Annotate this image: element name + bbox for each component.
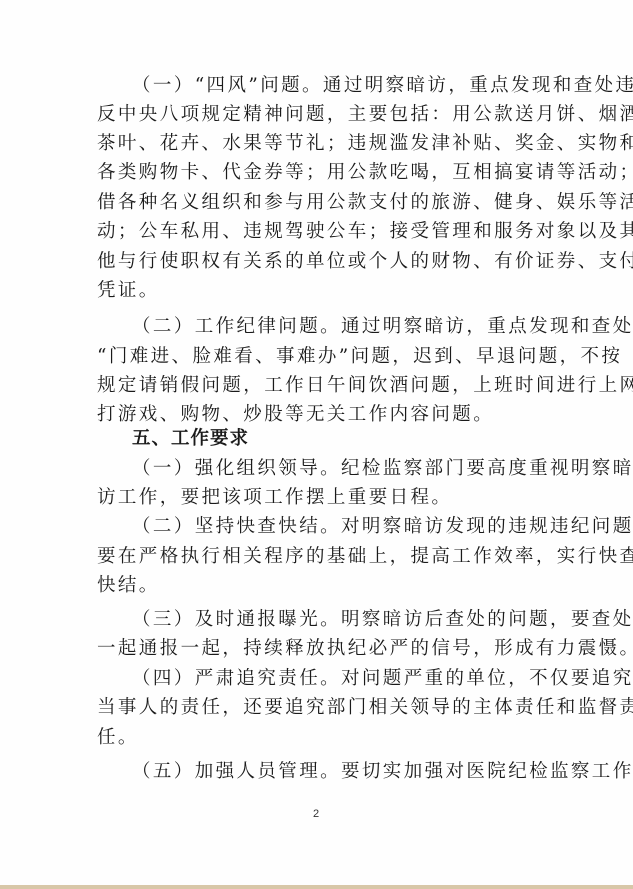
paragraph-line: “门难进、脸难看、事难办”问题，迟到、早退问题，不按 <box>97 346 542 368</box>
paragraph-line: 动；公车私用、违规驾驶公车；接受管理和服务对象以及其 <box>97 221 542 243</box>
paragraph-line: 快结。 <box>97 575 542 597</box>
paragraph-line: （三）及时通报曝光。明察暗访后查处的问题，要查处 <box>132 609 542 631</box>
paragraph-line: 借各种名义组织和参与用公款支付的旅游、健身、娱乐等活 <box>97 192 542 214</box>
paragraph-line: （一）强化组织领导。纪检监察部门要高度重视明察暗 <box>132 458 542 480</box>
paragraph-line: 打游戏、购物、炒股等无关工作内容问题。 <box>97 404 542 426</box>
paragraph-line: （一）“四风”问题。通过明察暗访，重点发现和查处违 <box>132 75 542 97</box>
paragraph-line: 访工作，要把该项工作摆上重要日程。 <box>97 487 542 509</box>
paragraph-line: 凭证。 <box>97 280 542 302</box>
paragraph-line: 茶叶、花卉、水果等节礼；违规滥发津补贴、奖金、实物和 <box>97 133 542 155</box>
paragraph-line: 他与行使职权有关系的单位或个人的财物、有价证券、支付 <box>97 251 542 273</box>
section-heading: 五、工作要求 <box>132 428 542 450</box>
viewer-bottom-edge <box>0 885 633 889</box>
document-page: （一）“四风”问题。通过明察暗访，重点发现和查处违反中央八项规定精神问题，主要包… <box>0 0 633 886</box>
paragraph-line: 反中央八项规定精神问题，主要包括：用公款送月饼、烟酒、 <box>97 104 542 126</box>
paragraph-line: （四）严肃追究责任。对问题严重的单位，不仅要追究 <box>132 668 542 690</box>
paragraph-line: （五）加强人员管理。要切实加强对医院纪检监察工作 <box>132 761 542 783</box>
paragraph-line: 当事人的责任，还要追究部门相关领导的主体责任和监督责 <box>97 697 542 719</box>
paragraph-line: 规定请销假问题，工作日午间饮酒问题，上班时间进行上网 <box>97 375 542 397</box>
paragraph-line: 各类购物卡、代金券等；用公款吃喝，互相搞宴请等活动； <box>97 162 542 184</box>
paragraph-line: 任。 <box>97 727 542 749</box>
paragraph-line: （二）工作纪律问题。通过明察暗访，重点发现和查处 <box>132 316 542 338</box>
paragraph-line: 一起通报一起，持续释放执纪必严的信号，形成有力震慑。 <box>97 638 542 660</box>
page-number: 2 <box>313 808 319 820</box>
paragraph-line: 要在严格执行相关程序的基础上，提高工作效率，实行快查 <box>97 546 542 568</box>
paragraph-line: （二）坚持快查快结。对明察暗访发现的违规违纪问题 <box>132 516 542 538</box>
